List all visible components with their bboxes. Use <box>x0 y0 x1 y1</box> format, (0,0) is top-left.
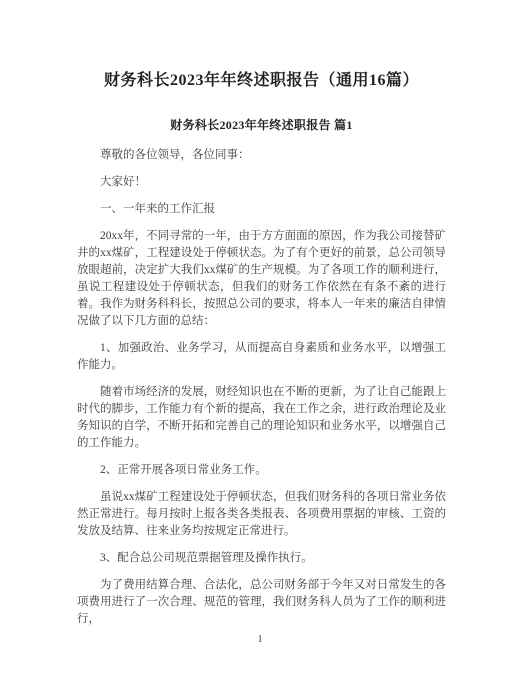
paragraph-greeting: 大家好！ <box>77 174 446 191</box>
paragraph-body: 20xx年，不同寻常的一年，由于方方面面的原因，作为我公司接替矿井的xx煤矿，工… <box>77 228 446 330</box>
document-body: 尊敬的各位领导，各位同事：大家好！一、一年来的工作汇报20xx年，不同寻常的一年… <box>77 147 446 628</box>
document-title: 财务科长2023年年终述职报告（通用16篇） <box>77 70 446 92</box>
paragraph-body: 3、配合总公司规范票据管理及操作执行。 <box>77 550 446 567</box>
paragraph-body: 虽说xx煤矿工程建设处于停顿状态，但我们财务科的各项日常业务依然正常进行。每月按… <box>77 489 446 540</box>
page-number: 1 <box>0 633 520 645</box>
paragraph-body: 2、正常开展各项日常业务工作。 <box>77 462 446 479</box>
paragraph-salutation: 尊敬的各位领导，各位同事： <box>77 147 446 164</box>
paragraph-body: 随着市场经济的发展，财经知识也在不断的更新，为了让自己能跟上时代的脚步，工作能力… <box>77 384 446 452</box>
section-title: 财务科长2023年年终述职报告 篇1 <box>77 118 446 133</box>
paragraph-heading: 一、一年来的工作汇报 <box>77 201 446 218</box>
paragraph-body: 1、加强政治、业务学习，从而提高自身素质和业务水平，以增强工作能力。 <box>77 340 446 374</box>
document-page: 财务科长2023年年终述职报告（通用16篇） 财务科长2023年年终述职报告 篇… <box>0 0 520 673</box>
paragraph-body: 为了费用结算合理、合法化，总公司财务部于今年又对日常发生的各项费用进行了一次合理… <box>77 577 446 628</box>
